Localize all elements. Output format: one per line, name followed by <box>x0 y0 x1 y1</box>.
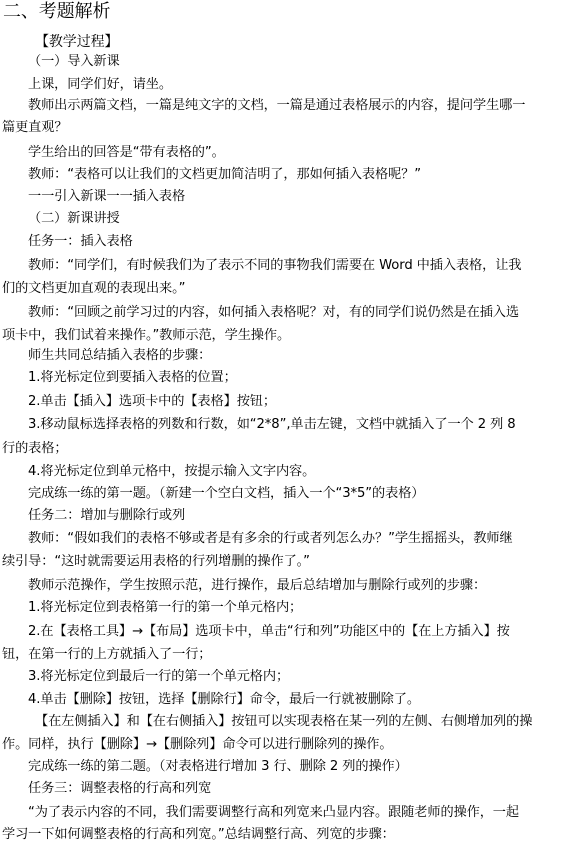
section-title: 二、考题解析 <box>3 0 110 24</box>
paragraph-line: 3.将光标定位到最后一行的第一个单元格内； <box>28 668 289 686</box>
paragraph-line: 行的表格； <box>2 440 67 458</box>
paragraph-line: 2.在【表格工具】→【布局】选项卡中，单击“行和列”功能区中的【在上方插入】按 <box>28 623 510 641</box>
section-heading: 【教学过程】 <box>35 33 118 51</box>
paragraph-line: 篇更直观？ <box>2 119 67 137</box>
paragraph-line: 教师：“同学们，有时候我们为了表示不同的事物我们需要在 Word 中插入表格，让… <box>28 257 521 275</box>
paragraph-line: （一）导入新课 <box>28 53 120 71</box>
paragraph-line: 2.单击【插入】选项卡中的【表格】按钮； <box>28 393 276 411</box>
paragraph-line: 任务一：插入表格 <box>28 233 133 251</box>
paragraph-line: 们的文档更加直观的表现出来。” <box>2 280 185 298</box>
paragraph-line: 1.将光标定位到要插入表格的位置； <box>28 369 237 387</box>
paragraph-line: 完成练一练的第一题。（新建一个空白文档，插入一个“3*5”的表格） <box>28 485 424 503</box>
paragraph-line: 教师：“表格可以让我们的文档更加简洁明了，那如何插入表格呢？” <box>28 166 421 184</box>
paragraph-line: 教师：“回顾之前学习过的内容，如何插入表格呢？对，有的同学们说仍然是在插入选 <box>28 304 519 322</box>
paragraph-line: 一一引入新课一一插入表格 <box>28 188 185 206</box>
paragraph-line: 师生共同总结插入表格的步骤： <box>28 347 211 365</box>
paragraph-line: 上课，同学们好，请坐。 <box>28 76 172 94</box>
paragraph-line: 续引导：“这时就需要运用表格的行列增删的操作了。” <box>2 553 310 571</box>
paragraph-line: 钮，在第一行的上方就插入了一行； <box>2 646 211 664</box>
paragraph-line: 作。同样，执行【删除】→【删除列】命令可以进行删除列的操作。 <box>2 736 393 754</box>
paragraph-line: 教师出示两篇文档，一篇是纯文字的文档，一篇是通过表格展示的内容，提问学生哪一 <box>28 97 525 115</box>
paragraph-line: 完成练一练的第二题。（对表格进行增加 3 行、删除 2 列的操作） <box>28 758 408 776</box>
paragraph-line: 项卡中，我们试着来操作。”教师示范，学生操作。 <box>2 327 290 345</box>
paragraph-line: 教师：“假如我们的表格不够或者是有多余的行或者列怎么办？”学生摇摇头，教师继 <box>28 530 513 548</box>
paragraph-line: 1.将光标定位到表格第一行的第一个单元格内； <box>28 599 302 617</box>
paragraph-line: 教师示范操作，学生按照示范，进行操作，最后总结增加与删除行或列的步骤： <box>28 577 486 595</box>
paragraph-line: 3.移动鼠标选择表格的列数和行数，如“2*8”,单击左键，文档中就插入了一个 2… <box>28 416 516 434</box>
paragraph-line: 任务二：增加与删除行或列 <box>28 507 185 525</box>
paragraph-line: 学习一下如何调整表格的行高和列宽。”总结调整行高、列宽的步骤： <box>2 826 395 842</box>
paragraph-line: 4.将光标定位到单元格中，按提示输入文字内容。 <box>28 463 315 481</box>
paragraph-line: 4.单击【删除】按钮，选择【删除行】命令，最后一行就被删除了。 <box>28 691 420 709</box>
paragraph-line: （二）新课讲授 <box>28 210 120 228</box>
paragraph-line: 任务三：调整表格的行高和列宽 <box>28 780 211 798</box>
paragraph-line: 学生给出的回答是“带有表格的”。 <box>28 144 225 162</box>
paragraph-line: 【在左侧插入】和【在右侧插入】按钮可以实现表格在某一列的左侧、右侧增加列的操 <box>35 713 532 731</box>
paragraph-line: “为了表示内容的不同，我们需要调整行高和列宽来凸显内容。跟随老师的操作，一起 <box>28 804 519 822</box>
